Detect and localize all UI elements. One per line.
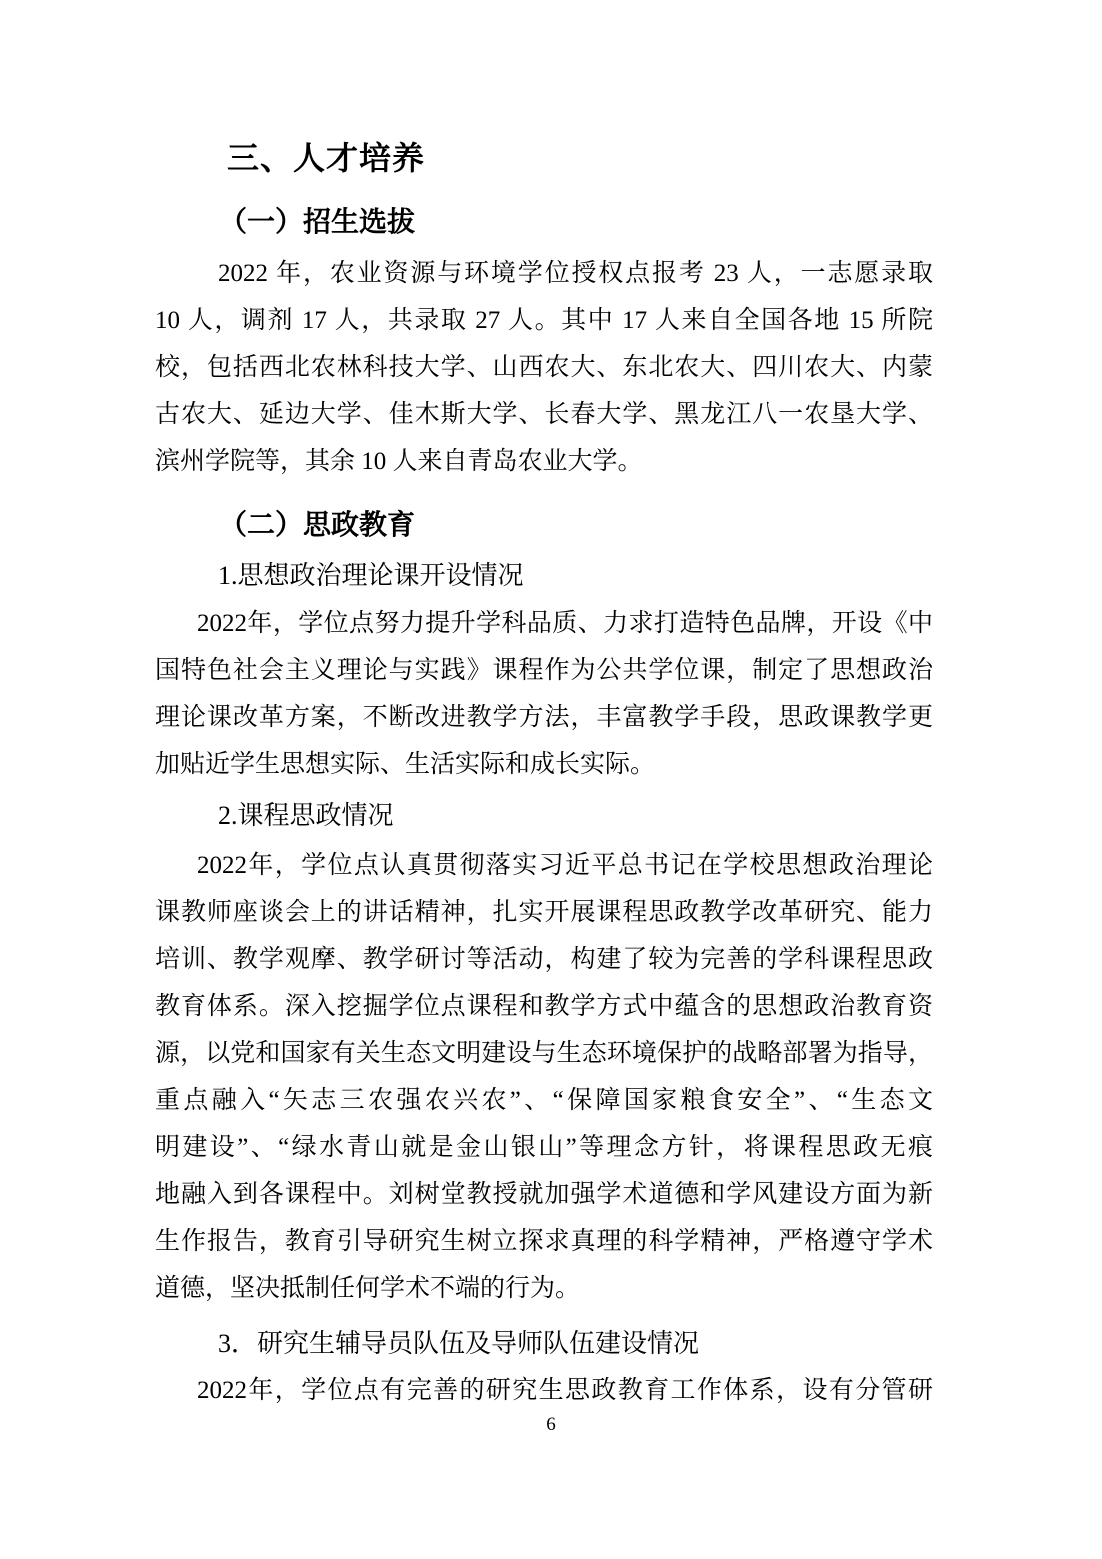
paragraph-line: 教育体系。深入挖掘学位点课程和教学方式中蕴含的思想政治教育资 (155, 983, 933, 1030)
paragraph-line: 校，包括西北农林科技大学、山西农大、东北农大、四川农大、内蒙 (155, 344, 933, 391)
paragraph-line: 地融入到各课程中。刘树堂教授就加强学术道德和学风建设方面为新 (155, 1171, 933, 1218)
paragraph-line: 生作报告，教育引导研究生树立探求真理的科学精神，严格遵守学术 (155, 1218, 933, 1265)
paragraph-line: 2022年，学位点认真贯彻落实习近平总书记在学校思想政治理论 (155, 842, 933, 889)
paragraph-line: 道德，坚决抵制任何学术不端的行为。 (155, 1265, 933, 1312)
paragraph-line: 明建设”、“绿水青山就是金山银山”等理念方针，将课程思政无痕 (155, 1124, 933, 1171)
paragraph-advisor-team: 2022年，学位点有完善的研究生思政教育工作体系，设有分管研 (155, 1367, 933, 1414)
numbered-item-2: 2.课程思政情况 (155, 792, 933, 839)
numbered-item-1: 1.思想政治理论课开设情况 (155, 552, 933, 599)
numbered-item-3: 3．研究生辅导员队伍及导师队伍建设情况 (155, 1320, 933, 1367)
document-title: 三、人才培养 (155, 138, 933, 178)
document-page: 三、人才培养 （一）招生选拔 2022 年，农业资源与环境学位授权点报考 23 … (0, 0, 1102, 1559)
paragraph-line: 滨州学院等，其余 10 人来自青岛农业大学。 (155, 438, 933, 485)
paragraph-line: 加贴近学生思想实际、生活实际和成长实际。 (155, 741, 933, 788)
paragraph-line: 2022年，学位点努力提升学科品质、力求打造特色品牌，开设《中 (155, 600, 933, 647)
paragraph-curriculum-ideology: 2022年，学位点认真贯彻落实习近平总书记在学校思想政治理论 课教师座谈会上的讲… (155, 842, 933, 1312)
paragraph-line: 重点融入“矢志三农强农兴农”、“保障国家粮食安全”、“生态文 (155, 1077, 933, 1124)
paragraph-line: 古农大、延边大学、佳木斯大学、长春大学、黑龙江八一农垦大学、 (155, 391, 933, 438)
paragraph-line: 2022年，学位点有完善的研究生思政教育工作体系，设有分管研 (155, 1367, 933, 1414)
paragraph-line: 课教师座谈会上的讲话精神，扎实开展课程思政教学改革研究、能力 (155, 889, 933, 936)
paragraph-line: 源，以党和国家有关生态文明建设与生态环境保护的战略部署为指导， (155, 1030, 933, 1077)
paragraph-line: 2022 年，农业资源与环境学位授权点报考 23 人，一志愿录取 (155, 250, 933, 297)
paragraph-ideology-course: 2022年，学位点努力提升学科品质、力求打造特色品牌，开设《中 国特色社会主义理… (155, 600, 933, 788)
paragraph-line: 培训、教学观摩、教学研讨等活动，构建了较为完善的学科课程思政 (155, 936, 933, 983)
page-number: 6 (0, 1412, 1102, 1438)
section-2-heading: （二）思政教育 (155, 507, 933, 543)
paragraph-admissions: 2022 年，农业资源与环境学位授权点报考 23 人，一志愿录取 10 人，调剂… (155, 250, 933, 485)
paragraph-line: 国特色社会主义理论与实践》课程作为公共学位课，制定了思想政治 (155, 647, 933, 694)
paragraph-line: 理论课改革方案，不断改进教学方法，丰富教学手段，思政课教学更 (155, 694, 933, 741)
section-1-heading: （一）招生选拔 (155, 204, 933, 240)
paragraph-line: 10 人，调剂 17 人，共录取 27 人。其中 17 人来自全国各地 15 所… (155, 297, 933, 344)
